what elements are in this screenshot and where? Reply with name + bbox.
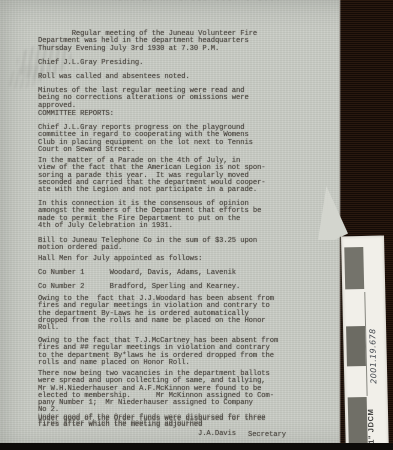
adjournment-paragraph: Under good of the Order funds were disbu… (38, 416, 266, 429)
ruler-label: 1" JDCM (366, 408, 376, 443)
woodard-dropped-paragraph: Owing to the fact that J.J.Woodard has b… (38, 296, 274, 332)
company-1-assignment: Co Number 1 Woodard, Davis, Adams, Laven… (38, 270, 236, 277)
gray-scale-patch (346, 326, 366, 366)
mccartney-dropped-paragraph: Owing to the fact that T.J.McCartney has… (38, 338, 278, 367)
celebration-paragraph: In this connection it is the consensous … (38, 201, 261, 230)
telephone-bill-paragraph: Bill to Juneau Telephone Co in the sum o… (38, 238, 257, 253)
hall-men-line: Hall Men for July appointed as follows: (38, 256, 202, 263)
card-blank-rule (364, 292, 367, 396)
signature-title: Secretary (248, 432, 286, 439)
photo-bottom-strip (0, 443, 393, 450)
signature-name: J.A.Davis (198, 431, 236, 438)
accession-number-handwritten: 2001.19.678 (368, 328, 378, 383)
minutes-approval-paragraph: Minutes of the last regular meeting were… (38, 88, 249, 110)
company-2-assignment: Co Number 2 Bradford, Sperling and Kearn… (38, 284, 240, 291)
accession-scale-card: 2001.19.678 1" JDCM (341, 236, 389, 450)
committee-reports-heading: COMMITTEE REPORTS: (38, 111, 114, 118)
roll-call-line: Roll was called and absentees noted. (38, 74, 190, 81)
scanned-minutes-photo: MINUTES RATIFIED JULY 3 1930 Regular mee… (0, 0, 393, 450)
presiding-line: Chief J.L.Gray Presiding. (38, 60, 143, 67)
parade-paragraph: In the matter of a Parade on the 4th of … (38, 158, 266, 194)
playground-paragraph: Chief J.L.Gray reports progress on the p… (38, 125, 253, 154)
gray-scale-patch (344, 247, 364, 289)
elections-paragraph: There now being two vacancies in the dep… (38, 371, 274, 415)
opening-paragraph: Regular meeting of the Juneau Volunteer … (38, 31, 257, 53)
page-header-line: MINUTES RATIFIED JULY 3 1930 (112, 0, 282, 3)
